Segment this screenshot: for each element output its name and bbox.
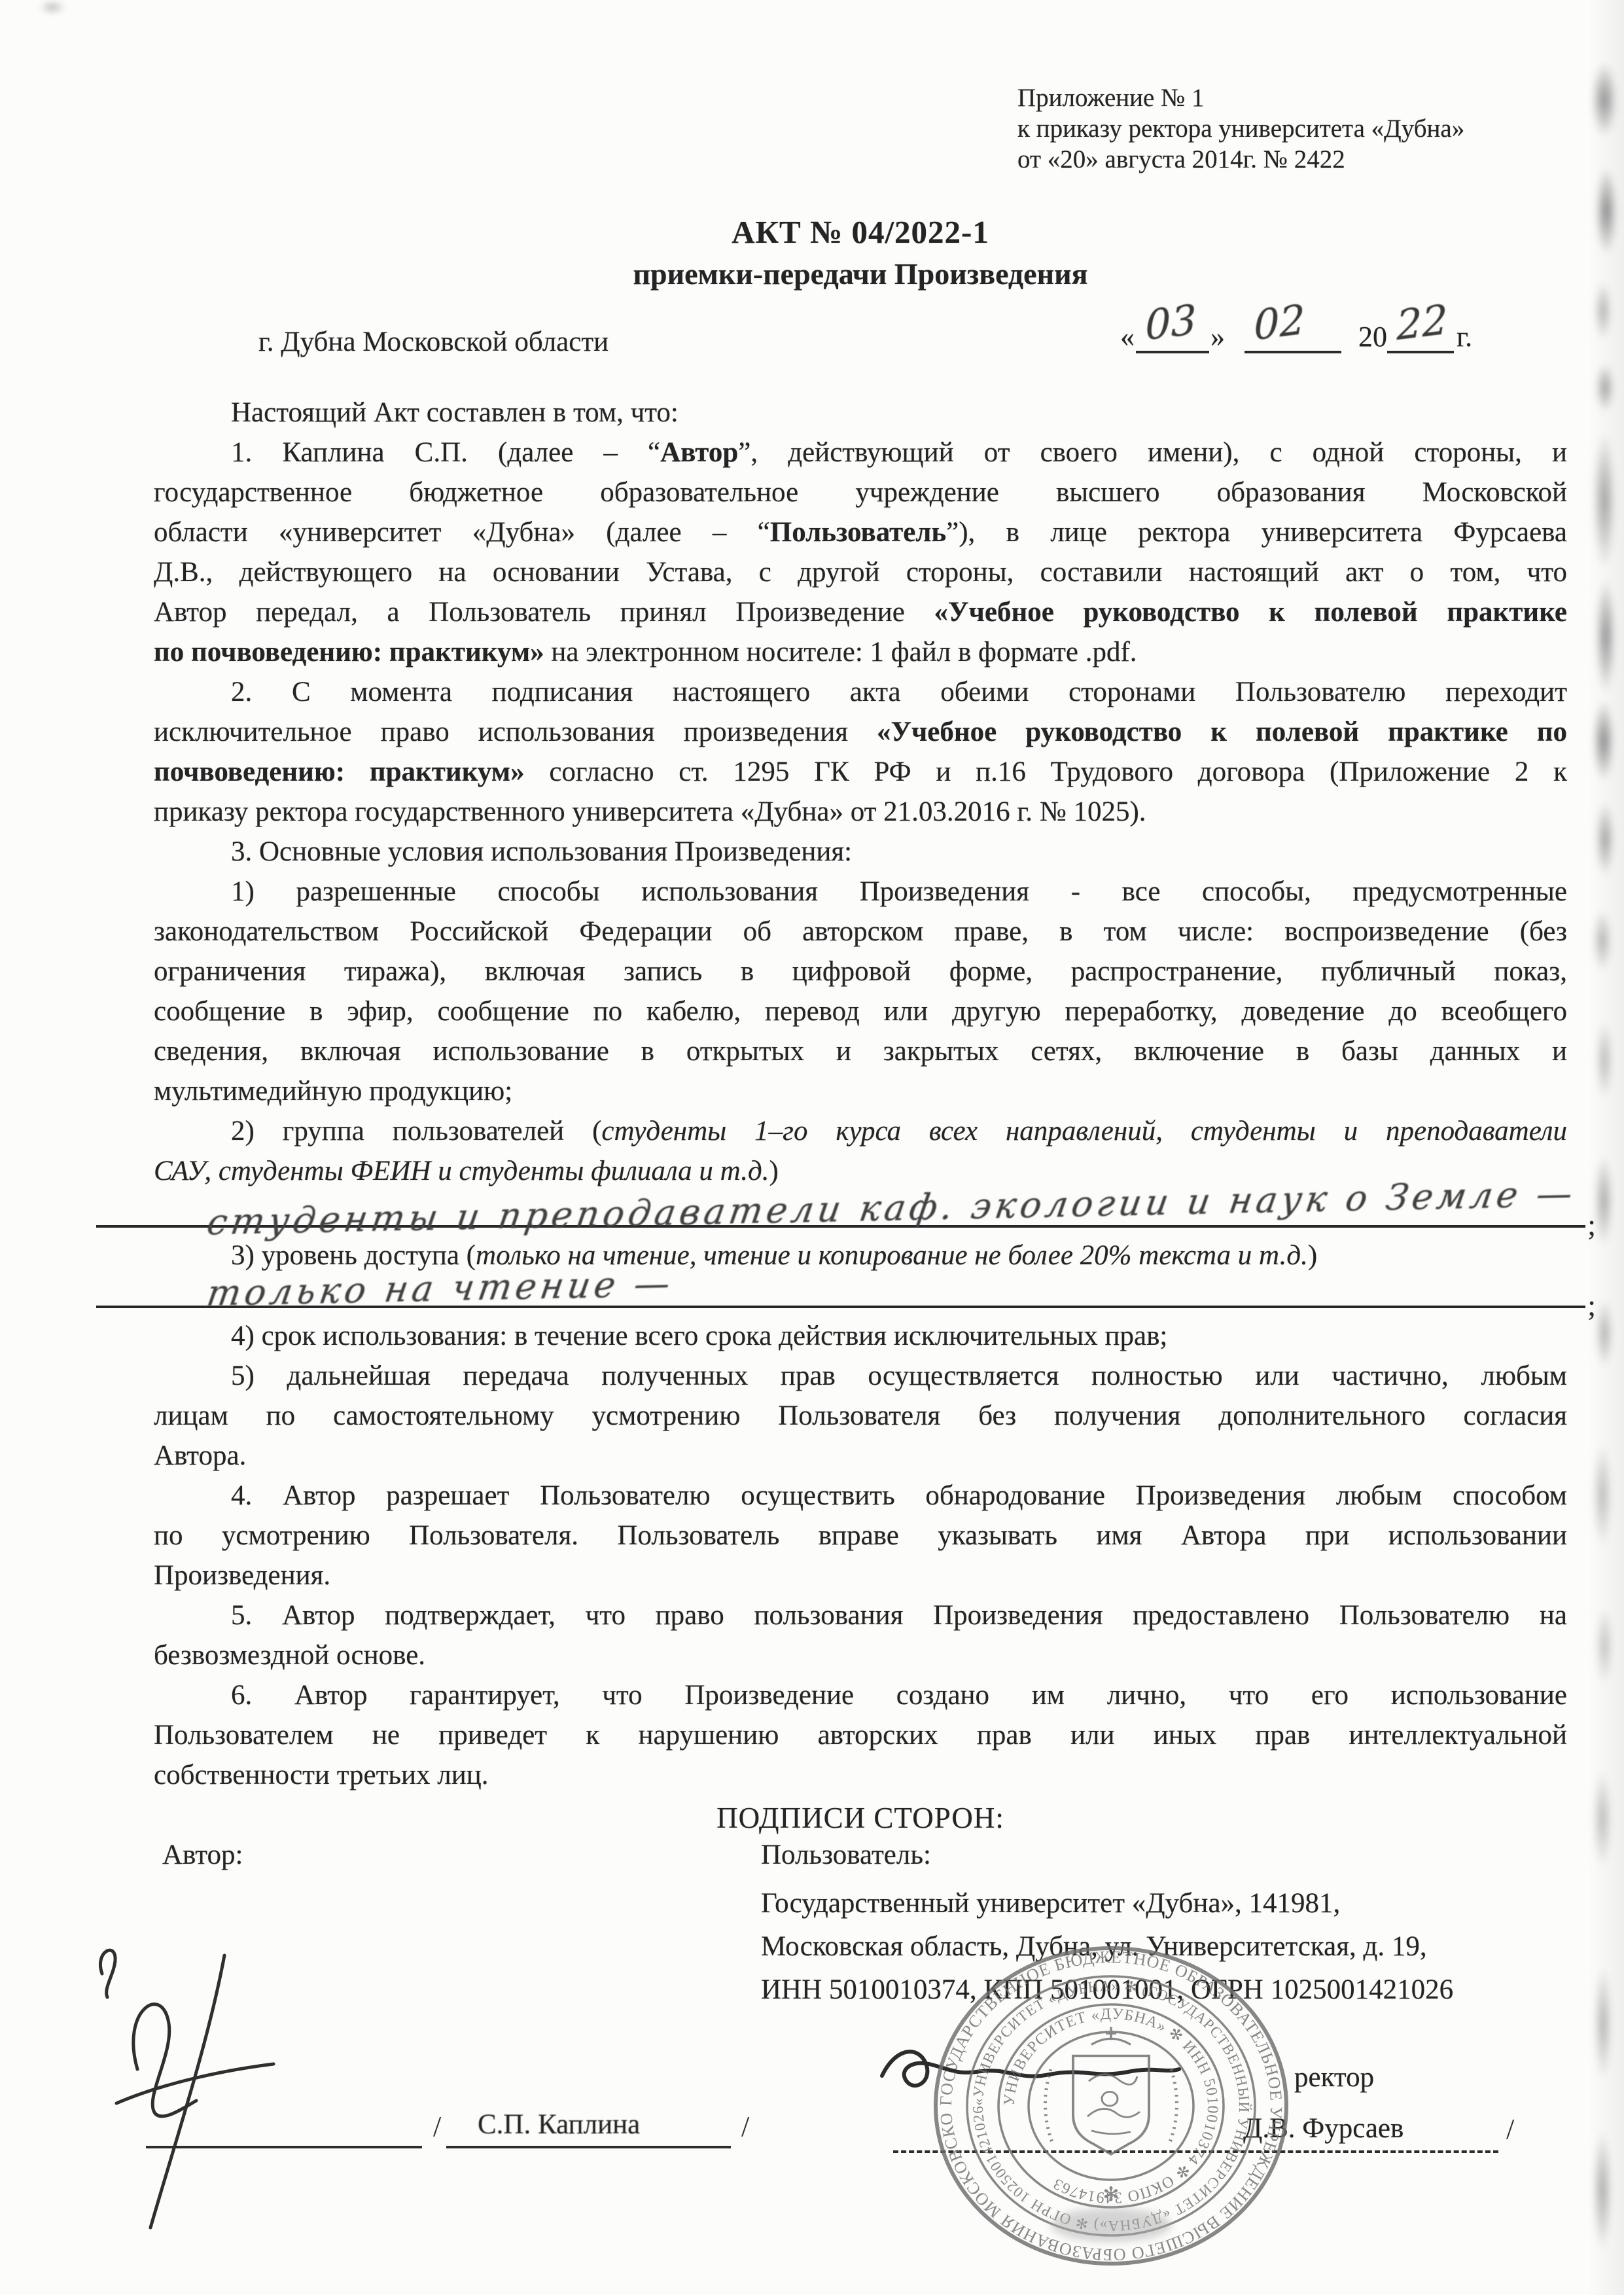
p1-text: Автор передал, а Пользователь принял Про… [154, 597, 934, 628]
author-signature-line [146, 2146, 422, 2148]
handwritten-day: 03 [1145, 295, 1197, 349]
p5-line: 5. Автор подтверждает, что право пользов… [231, 1600, 1567, 1631]
p1-text: ”, действующий от своего имени), с одной… [738, 437, 1567, 468]
p5-line: безвозмездной основе. [154, 1640, 425, 1671]
date-year-suffix: г. [1456, 320, 1472, 353]
item-1: 1) разрешенные способы использования Про… [154, 872, 1567, 1111]
appendix-line-3: от «20» августа 2014г. № 2422 [1017, 144, 1464, 175]
item4-text: 4) срок использования: в течение всего с… [231, 1321, 1167, 1351]
p2-text: исключительное право использования произ… [154, 717, 877, 747]
author-label: Автор: [162, 1839, 243, 1871]
item1-line: сообщение в эфир, сообщение по кабелю, п… [154, 996, 1567, 1027]
handwritten-field-access-level: только на чтение — ; [96, 1279, 1585, 1308]
item3-text: 3) уровень доступа ( [231, 1240, 476, 1271]
scan-artifact [1593, 910, 1612, 972]
scan-artifact [39, 1, 65, 13]
item3-text: ) [1308, 1240, 1317, 1271]
semicolon: ; [1587, 1285, 1596, 1325]
handwritten-year: 22 [1396, 295, 1449, 349]
intro-text: Настоящий Акт составлен в том, что: [231, 397, 679, 428]
p1-work-title: «Учебное руководство к полевой практике [934, 597, 1567, 628]
scan-artifact [1595, 1021, 1614, 1099]
scan-artifact [1595, 802, 1615, 877]
item5-line: Автора. [154, 1440, 246, 1471]
scan-artifact [1595, 1607, 1614, 1685]
item1-line: ограничения тиража), включая запись в ци… [154, 956, 1567, 987]
scan-artifact [1593, 1443, 1612, 1548]
item5-line: лицам по самостоятельному усмотрению Пол… [154, 1400, 1567, 1431]
item-4: 4) срок использования: в течение всего с… [154, 1316, 1567, 1356]
item-5: 5) дальнейшая передача полученных прав о… [154, 1356, 1567, 1476]
date-year-blank: 22 [1387, 315, 1454, 353]
p2-work-title: «Учебное руководство к полевой практике … [877, 717, 1567, 747]
document-subtitle: приемки-передачи Произведения [154, 257, 1567, 291]
signatures-section-title: ПОДПИСИ СТОРОН: [154, 1801, 1567, 1835]
scanned-document-page: Приложение № 1 к приказу ректора универс… [0, 0, 1624, 2295]
p1-text: государственное бюджетное образовательно… [154, 477, 1567, 508]
scan-artifact [1595, 1299, 1614, 1368]
p4-line: по усмотрению Пользователя. Пользователь… [154, 1520, 1567, 1551]
p6-line: Пользователем не приведет к нарушению ав… [154, 1720, 1567, 1751]
handwritten-access-level: только на чтение — [204, 1263, 677, 1313]
p1-text: Д.В., действующего на основании Устава, … [154, 557, 1567, 588]
seal-smudge [1051, 2208, 1171, 2242]
handwritten-field-user-group: студенты и преподаватели каф. экологии и… [96, 1195, 1585, 1228]
scan-artifact [1593, 1770, 1612, 1868]
p6-line: 6. Автор гарантирует, что Произведение с… [231, 1680, 1567, 1711]
date-day-blank: 03 [1136, 315, 1209, 353]
p2-work-title: почвоведению: практикум» [154, 756, 525, 787]
p1-text: 1. Каплина С.П. (далее – “ [231, 437, 660, 468]
seal-star: ✻ [1103, 2184, 1119, 2205]
paragraph-3: 3. Основные условия использования Произв… [154, 832, 1567, 872]
p2-text: 2. С момента подписания настоящего акта … [231, 677, 1567, 707]
item5-line: 5) дальнейшая передача полученных прав о… [231, 1361, 1567, 1391]
item2-text: 2) группа пользователей ( [231, 1116, 601, 1147]
paragraph-4: 4. Автор разрешает Пользователю осуществ… [154, 1476, 1567, 1595]
item1-line: сведения, включая использование в открыт… [154, 1036, 1567, 1067]
p1-text: ”), в лице ректора университета Фурсаева [946, 517, 1567, 548]
place-label: г. Дубна Московской области [258, 326, 609, 358]
paragraph-5: 5. Автор подтверждает, что право пользов… [154, 1595, 1567, 1675]
slash-mark: / [1506, 2112, 1514, 2146]
user-label: Пользователь: [761, 1839, 931, 1871]
intro-paragraph: Настоящий Акт составлен в том, что: [154, 393, 1567, 433]
author-signature [77, 1932, 303, 2252]
author-name-line [446, 2146, 731, 2148]
appendix-block: Приложение № 1 к приказу ректора универс… [1017, 82, 1464, 175]
scan-artifact [1593, 700, 1615, 782]
scan-artifact [1594, 1966, 1612, 2081]
scan-edge-band [1587, 0, 1624, 2295]
p2-text: согласно ст. 1295 ГК РФ и п.16 Трудового… [525, 756, 1567, 787]
scan-artifact [1595, 167, 1617, 255]
date-month-blank: 02 [1244, 315, 1341, 353]
scan-artifact [1595, 363, 1615, 412]
date-century: 20 [1358, 320, 1387, 353]
p2-text: приказу ректора государственного универс… [154, 796, 1146, 827]
date-close-quote: » [1210, 320, 1225, 353]
scan-artifact [1594, 281, 1612, 340]
slash-mark: / [741, 2110, 749, 2143]
handwritten-month: 02 [1254, 295, 1306, 349]
p1-bold-author: Автор [660, 437, 738, 468]
scan-artifact [1593, 2130, 1612, 2251]
paragraph-6: 6. Автор гарантирует, что Произведение с… [154, 1675, 1567, 1795]
item1-line: 1) разрешенные способы использования Про… [231, 876, 1567, 907]
appendix-line-2: к приказу ректора университета «Дубна» [1017, 113, 1464, 144]
coat-of-arms [1045, 2027, 1176, 2154]
p4-line: Произведения. [154, 1560, 330, 1591]
document-body: Настоящий Акт составлен в том, что: 1. К… [154, 393, 1567, 1795]
scan-artifact [1594, 1155, 1614, 1247]
scan-artifact [1591, 62, 1617, 137]
item2-text: ) [769, 1156, 778, 1186]
p3-text: 3. Основные условия использования Произв… [231, 836, 852, 867]
document-title: АКТ № 04/2022-1 [154, 213, 1567, 251]
date-block: «03»022022г. [1120, 315, 1472, 353]
date-open-quote: « [1120, 320, 1135, 353]
p6-line: собственности третьих лиц. [154, 1760, 489, 1790]
item2-italic: САУ, студенты ФЕИН и студенты филиала и … [154, 1156, 769, 1186]
p1-work-title: по почвоведению: практикум» [154, 637, 544, 667]
p1-bold-user: Пользователь [770, 517, 946, 548]
slash-mark: / [433, 2110, 441, 2143]
item1-line: законодательством Российской Федерации о… [154, 916, 1567, 947]
scan-artifact [1595, 579, 1616, 694]
paragraph-2: 2. С момента подписания настоящего акта … [154, 672, 1567, 832]
p4-line: 4. Автор разрешает Пользователю осуществ… [231, 1480, 1567, 1511]
author-name: С.П. Каплина [478, 2108, 640, 2141]
org-line-1: Государственный университет «Дубна», 141… [761, 1882, 1453, 1925]
paragraph-1: 1. Каплина С.П. (далее – “Автор”, действ… [154, 433, 1567, 672]
scan-artifact [1593, 432, 1616, 569]
p1-text: области «университет «Дубна» (далее – “ [154, 517, 770, 548]
p1-text: на электронном носителе: 1 файл в формат… [544, 637, 1137, 667]
item1-line: мультимедийную продукцию; [154, 1076, 512, 1107]
university-seal: ГОСУДАРСТВЕННОЕ БЮДЖЕТНОЕ ОБРАЗОВАТЕЛЬНО… [915, 1929, 1307, 2283]
semicolon: ; [1587, 1205, 1596, 1245]
appendix-line-1: Приложение № 1 [1017, 82, 1464, 113]
item2-italic: студенты 1–го курса всех направлений, ст… [601, 1116, 1567, 1147]
